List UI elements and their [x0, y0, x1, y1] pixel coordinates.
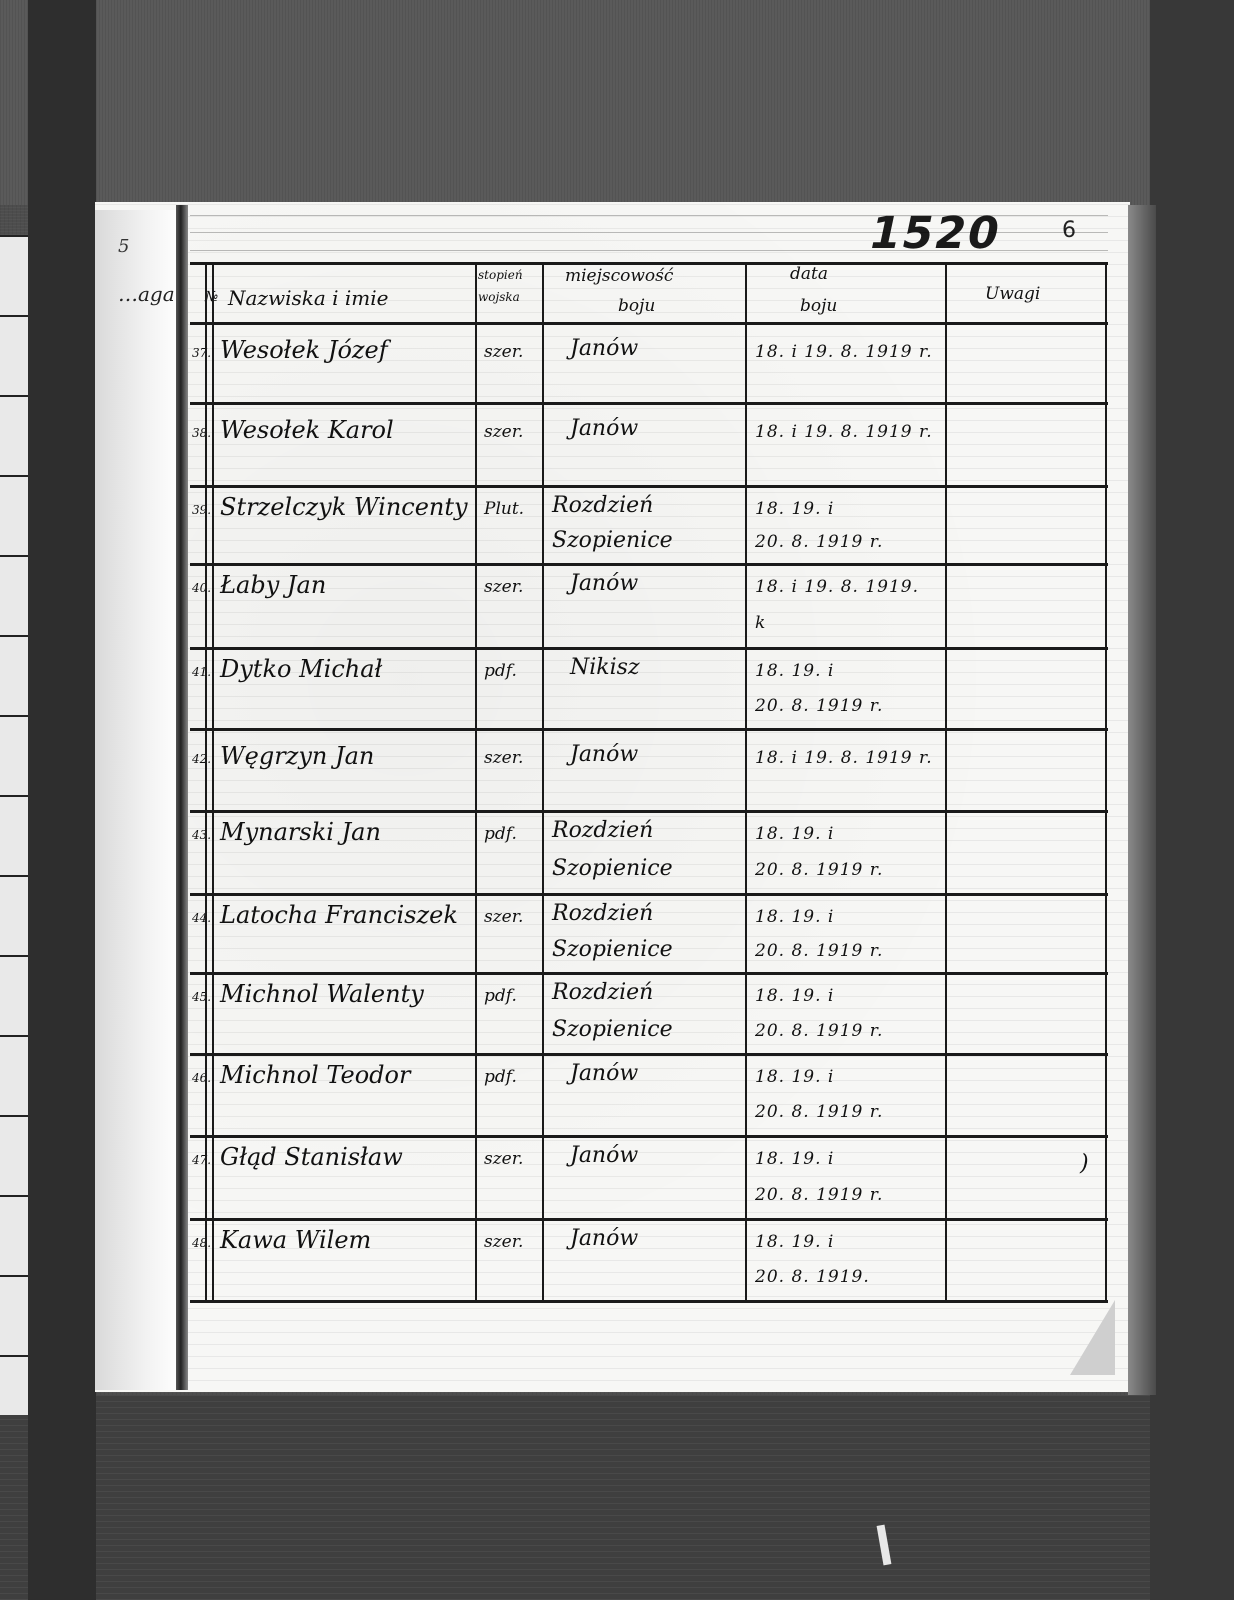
row-place: Szopienice [552, 937, 673, 962]
row-place: Szopienice [552, 1017, 673, 1042]
table-row-rule [190, 1053, 1108, 1056]
table-row-rule [190, 322, 1108, 325]
table-row-rule [190, 810, 1108, 813]
column-rule-end [1105, 262, 1107, 1300]
row-number: 46. [192, 1071, 211, 1085]
column-rule-notes [945, 262, 947, 1300]
row-number: 41. [192, 665, 211, 679]
row-date: 18. 19. i [755, 1232, 834, 1252]
row-place: Szopienice [552, 528, 673, 553]
page-corner-fold [1070, 1300, 1115, 1375]
row-rank: pdf. [484, 1067, 517, 1087]
row-rank: szer. [484, 577, 523, 597]
row-date: 20. 8. 1919 r. [755, 860, 883, 880]
row-number: 40. [192, 581, 211, 595]
row-place: Janów [570, 416, 638, 441]
table-row-rule [190, 647, 1108, 650]
row-date: 18. i 19. 8. 1919 r. [755, 422, 933, 442]
left-shadow-band [28, 0, 96, 1600]
row-name: Węgrzyn Jan [220, 742, 374, 770]
row-rank: szer. [484, 422, 523, 442]
table-row-rule [190, 972, 1108, 975]
row-name: Wesołek Karol [220, 416, 394, 444]
header-date-line1: data [790, 264, 828, 284]
table-row-rule [190, 402, 1108, 405]
row-place: Rozdzień [552, 818, 653, 843]
header-place-line1: miejscowość [565, 266, 673, 286]
row-place: Rozdzień [552, 980, 653, 1005]
row-place: Rozdzień [552, 901, 653, 926]
row-place: Janów [570, 1061, 638, 1086]
page-number-suffix: 6 [1062, 218, 1076, 243]
row-number: 42. [192, 752, 211, 766]
previous-page-edge [0, 235, 30, 1415]
row-date: 18. 19. i [755, 907, 834, 927]
row-name: Michnol Walenty [220, 980, 424, 1008]
row-name: Dytko Michał [220, 655, 382, 683]
row-date: 20. 8. 1919 r. [755, 532, 883, 552]
row-date: 18. i 19. 8. 1919 r. [755, 342, 933, 362]
row-date: 20. 8. 1919 r. [755, 941, 883, 961]
header-notes: Uwagi [985, 284, 1040, 304]
row-rank: Plut. [484, 499, 524, 519]
scan-background-top [0, 0, 1234, 205]
facing-page-mark: 5 [118, 236, 129, 257]
row-name: Latocha Franciszek [220, 901, 458, 929]
paper-rule [190, 215, 1108, 216]
row-date: 18. 19. i [755, 1067, 834, 1087]
row-place: Rozdzień [552, 493, 653, 518]
row-number: 45. [192, 990, 211, 1004]
header-date-line2: boju [800, 296, 837, 316]
row-name: Wesołek Józef [220, 336, 388, 364]
row-date: 18. 19. i [755, 661, 834, 681]
row-rank: pdf. [484, 824, 517, 844]
row-date: k [755, 613, 766, 633]
row-date: 20. 8. 1919 r. [755, 1102, 883, 1122]
row-date: 20. 8. 1919 r. [755, 696, 883, 716]
table-row-rule [190, 1300, 1108, 1303]
row-date: 18. 19. i [755, 499, 834, 519]
row-date: 18. i 19. 8. 1919. [755, 577, 919, 597]
row-rank: szer. [484, 748, 523, 768]
register-page [95, 202, 1130, 1392]
scan-background-bottom [0, 1395, 1234, 1600]
table-row-rule [190, 485, 1108, 488]
row-rank: pdf. [484, 661, 517, 681]
column-rule-place [542, 262, 544, 1300]
row-date: 20. 8. 1919 r. [755, 1021, 883, 1041]
table-row-rule [190, 1135, 1108, 1138]
scan-background-right [1150, 0, 1234, 1600]
row-place: Janów [570, 1143, 638, 1168]
row-date: 20. 8. 1919 r. [755, 1185, 883, 1205]
row-place: Janów [570, 336, 638, 361]
row-date: 18. 19. i [755, 986, 834, 1006]
page-right-edge [1128, 205, 1156, 1395]
table-row-rule [190, 1218, 1108, 1221]
row-date: 18. 19. i [755, 824, 834, 844]
table-row-rule [190, 728, 1108, 731]
row-number: 39. [192, 503, 211, 517]
row-rank: szer. [484, 342, 523, 362]
row-name: Michnol Teodor [220, 1061, 410, 1089]
table-row-rule [190, 893, 1108, 896]
row-date: 18. i 19. 8. 1919 r. [755, 748, 933, 768]
row-place: Szopienice [552, 856, 673, 881]
row-rank: pdf. [484, 986, 517, 1006]
table-row-rule [190, 563, 1108, 566]
row-number: 43. [192, 828, 211, 842]
row-name: Łaby Jan [220, 571, 326, 599]
facing-page-strip [95, 210, 180, 1390]
row-rank: szer. [484, 907, 523, 927]
paper-rule [190, 250, 1108, 251]
column-rule-date [745, 262, 747, 1300]
row-name: Mynarski Jan [220, 818, 381, 846]
row-number: 38. [192, 426, 211, 440]
row-name: Kawa Wilem [220, 1226, 371, 1254]
paper-rule [190, 232, 1108, 233]
header-place-line2: boju [618, 296, 655, 316]
row-number: 47. [192, 1153, 211, 1167]
header-name: Nazwiska i imie [228, 286, 389, 310]
row-date: 18. 19. i [755, 1149, 834, 1169]
row-place: Janów [570, 742, 638, 767]
row-place: Janów [570, 1226, 638, 1251]
row-name: Strzelczyk Wincenty [220, 493, 468, 521]
header-rank-line2: wojska [478, 290, 520, 304]
row-rank: szer. [484, 1232, 523, 1252]
column-rule-no [205, 262, 207, 1300]
header-rank-line1: stopień [478, 268, 523, 282]
row-number: 48. [192, 1236, 211, 1250]
book-gutter [176, 205, 188, 1390]
column-rule-rank [475, 262, 477, 1300]
row-name: Głąd Stanisław [220, 1143, 403, 1171]
column-rule-name [212, 262, 214, 1300]
row-number: 37. [192, 346, 211, 360]
row-notes: ) [1080, 1151, 1089, 1176]
row-place: Nikisz [570, 655, 640, 680]
row-place: Janów [570, 571, 638, 596]
facing-page-header: …aga [118, 282, 175, 306]
row-number: 44. [192, 911, 211, 925]
row-rank: szer. [484, 1149, 523, 1169]
table-row-rule [190, 262, 1108, 265]
row-date: 20. 8. 1919. [755, 1267, 870, 1287]
